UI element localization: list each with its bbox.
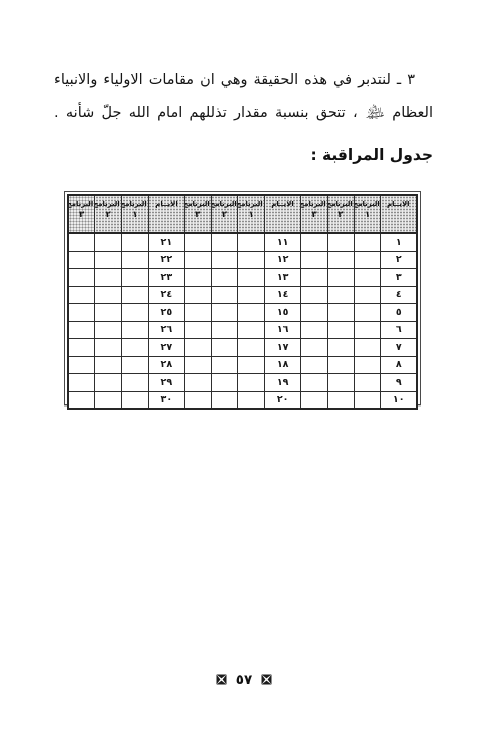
program-empty-cell [68, 286, 95, 304]
program-empty-cell [122, 321, 149, 339]
day-number-cell: ٧ [381, 339, 417, 357]
program-empty-cell [354, 356, 381, 374]
program-empty-cell [184, 304, 211, 322]
program-empty-cell [184, 339, 211, 357]
day-number-cell: ٢٩ [148, 374, 184, 392]
program-empty-cell [354, 304, 381, 322]
day-number-cell: ٢ [381, 251, 417, 269]
header-cell-program-٣: البرنامج٣ [68, 195, 95, 233]
program-empty-cell [301, 339, 328, 357]
program-empty-cell [211, 269, 238, 287]
program-empty-cell [68, 251, 95, 269]
program-empty-cell [238, 356, 265, 374]
page-number: ٥٧ [236, 672, 252, 688]
program-empty-cell [238, 251, 265, 269]
program-empty-cell [122, 304, 149, 322]
program-empty-cell [68, 374, 95, 392]
program-empty-cell [184, 356, 211, 374]
program-empty-cell [238, 286, 265, 304]
program-empty-cell [301, 374, 328, 392]
program-empty-cell [95, 391, 122, 409]
program-empty-cell [327, 233, 354, 251]
day-number-cell: ١٧ [265, 339, 301, 357]
program-empty-cell [301, 321, 328, 339]
program-empty-cell [354, 269, 381, 287]
header-cell-program-١: البرنامج١ [122, 195, 149, 233]
table-row: ٤١٤٢٤ [68, 286, 417, 304]
program-empty-cell [211, 391, 238, 409]
program-empty-cell [122, 356, 149, 374]
program-empty-cell [184, 391, 211, 409]
program-empty-cell [211, 339, 238, 357]
header-cell-program-١: البرنامج١ [238, 195, 265, 233]
program-empty-cell [327, 391, 354, 409]
program-empty-cell [184, 251, 211, 269]
program-empty-cell [211, 356, 238, 374]
program-empty-cell [95, 233, 122, 251]
day-number-cell: ١٩ [265, 374, 301, 392]
day-number-cell: ١٨ [265, 356, 301, 374]
header-cell-days: الايــام [148, 195, 184, 233]
program-empty-cell [122, 286, 149, 304]
program-empty-cell [354, 374, 381, 392]
program-empty-cell [327, 286, 354, 304]
day-number-cell: ١٤ [265, 286, 301, 304]
pinwheel-ornament-icon [216, 674, 227, 685]
day-number-cell: ١١ [265, 233, 301, 251]
program-empty-cell [211, 374, 238, 392]
header-cell-program-٢: البرنامج٢ [95, 195, 122, 233]
table-heading: جدول المراقبة : [310, 146, 433, 164]
program-empty-cell [327, 304, 354, 322]
program-empty-cell [211, 251, 238, 269]
program-empty-cell [95, 304, 122, 322]
table-row: ١١١٢١ [68, 233, 417, 251]
program-empty-cell [68, 356, 95, 374]
program-empty-cell [211, 304, 238, 322]
program-empty-cell [327, 269, 354, 287]
day-number-cell: ١٠ [381, 391, 417, 409]
program-empty-cell [68, 339, 95, 357]
header-cell-program-٣: البرنامج٣ [301, 195, 328, 233]
program-empty-cell [327, 251, 354, 269]
program-empty-cell [301, 269, 328, 287]
day-number-cell: ٢٤ [148, 286, 184, 304]
table-row: ٨١٨٢٨ [68, 356, 417, 374]
day-number-cell: ٢٠ [265, 391, 301, 409]
program-empty-cell [301, 251, 328, 269]
table-row: ١٠٢٠٣٠ [68, 391, 417, 409]
program-empty-cell [301, 356, 328, 374]
program-empty-cell [95, 356, 122, 374]
monitoring-table: الايــامالبرنامج١البرنامج٢البرنامج٣الايـ… [67, 194, 418, 410]
program-empty-cell [238, 269, 265, 287]
pinwheel-ornament-icon [261, 674, 272, 685]
day-number-cell: ١٣ [265, 269, 301, 287]
day-number-cell: ٢٣ [148, 269, 184, 287]
program-empty-cell [122, 269, 149, 287]
day-number-cell: ٨ [381, 356, 417, 374]
day-number-cell: ٢٨ [148, 356, 184, 374]
program-empty-cell [238, 233, 265, 251]
table-header: الايــامالبرنامج١البرنامج٢البرنامج٣الايـ… [68, 195, 417, 233]
program-empty-cell [95, 321, 122, 339]
program-empty-cell [238, 339, 265, 357]
program-empty-cell [68, 304, 95, 322]
program-empty-cell [238, 391, 265, 409]
paragraph-line-2: العظام ﵈ ، تتحق بنسبة مقدار تذللهم امام … [54, 97, 433, 130]
day-number-cell: ١ [381, 233, 417, 251]
program-empty-cell [122, 233, 149, 251]
day-number-cell: ٢٦ [148, 321, 184, 339]
program-empty-cell [184, 321, 211, 339]
table-row: ٥١٥٢٥ [68, 304, 417, 322]
day-number-cell: ٣٠ [148, 391, 184, 409]
program-empty-cell [211, 286, 238, 304]
program-empty-cell [327, 374, 354, 392]
day-number-cell: ٦ [381, 321, 417, 339]
header-cell-days: الايــام [265, 195, 301, 233]
day-number-cell: ١٦ [265, 321, 301, 339]
program-empty-cell [68, 321, 95, 339]
day-number-cell: ٢٢ [148, 251, 184, 269]
paragraph-line-1: ٣ ـ لنتدبر في هذه الحقيقة وهي ان مقامات … [54, 64, 415, 97]
program-empty-cell [95, 251, 122, 269]
table-row: ٢١٢٢٢ [68, 251, 417, 269]
program-empty-cell [238, 321, 265, 339]
day-number-cell: ٥ [381, 304, 417, 322]
program-empty-cell [184, 374, 211, 392]
header-cell-program-٣: البرنامج٣ [184, 195, 211, 233]
header-cell-program-١: البرنامج١ [354, 195, 381, 233]
program-empty-cell [68, 233, 95, 251]
program-empty-cell [354, 391, 381, 409]
program-empty-cell [95, 374, 122, 392]
day-number-cell: ٢٧ [148, 339, 184, 357]
header-cell-program-٢: البرنامج٢ [211, 195, 238, 233]
program-empty-cell [301, 304, 328, 322]
day-number-cell: ٢١ [148, 233, 184, 251]
program-empty-cell [68, 391, 95, 409]
program-empty-cell [354, 251, 381, 269]
program-empty-cell [68, 269, 95, 287]
program-empty-cell [301, 391, 328, 409]
page-footer: ٥٧ [0, 670, 488, 689]
table-row: ٩١٩٢٩ [68, 374, 417, 392]
program-empty-cell [95, 269, 122, 287]
day-number-cell: ١٢ [265, 251, 301, 269]
program-empty-cell [211, 321, 238, 339]
program-empty-cell [211, 233, 238, 251]
program-empty-cell [327, 339, 354, 357]
program-empty-cell [184, 269, 211, 287]
table-row: ٧١٧٢٧ [68, 339, 417, 357]
program-empty-cell [238, 304, 265, 322]
program-empty-cell [301, 286, 328, 304]
day-number-cell: ١٥ [265, 304, 301, 322]
program-empty-cell [122, 374, 149, 392]
program-empty-cell [354, 321, 381, 339]
program-empty-cell [95, 286, 122, 304]
header-cell-program-٢: البرنامج٢ [327, 195, 354, 233]
day-number-cell: ٩ [381, 374, 417, 392]
program-empty-cell [354, 233, 381, 251]
program-empty-cell [184, 233, 211, 251]
monitoring-table-frame: الايــامالبرنامج١البرنامج٢البرنامج٣الايـ… [64, 191, 421, 405]
program-empty-cell [238, 374, 265, 392]
day-number-cell: ٢٥ [148, 304, 184, 322]
program-empty-cell [122, 391, 149, 409]
program-empty-cell [95, 339, 122, 357]
day-number-cell: ٣ [381, 269, 417, 287]
program-empty-cell [122, 339, 149, 357]
program-empty-cell [301, 233, 328, 251]
program-empty-cell [354, 286, 381, 304]
table-row: ٣١٣٢٣ [68, 269, 417, 287]
table-row: ٦١٦٢٦ [68, 321, 417, 339]
program-empty-cell [354, 339, 381, 357]
program-empty-cell [122, 251, 149, 269]
header-cell-days: الايــام [381, 195, 417, 233]
table-header-row: الايــامالبرنامج١البرنامج٢البرنامج٣الايـ… [68, 195, 417, 233]
day-number-cell: ٤ [381, 286, 417, 304]
program-empty-cell [327, 356, 354, 374]
table-body: ١١١٢١٢١٢٢٢٣١٣٢٣٤١٤٢٤٥١٥٢٥٦١٦٢٦٧١٧٢٧٨١٨٢٨… [68, 233, 417, 409]
body-paragraph: ٣ ـ لنتدبر في هذه الحقيقة وهي ان مقامات … [54, 64, 433, 130]
program-empty-cell [184, 286, 211, 304]
program-empty-cell [327, 321, 354, 339]
scanned-book-page: ٣ ـ لنتدبر في هذه الحقيقة وهي ان مقامات … [0, 0, 488, 755]
